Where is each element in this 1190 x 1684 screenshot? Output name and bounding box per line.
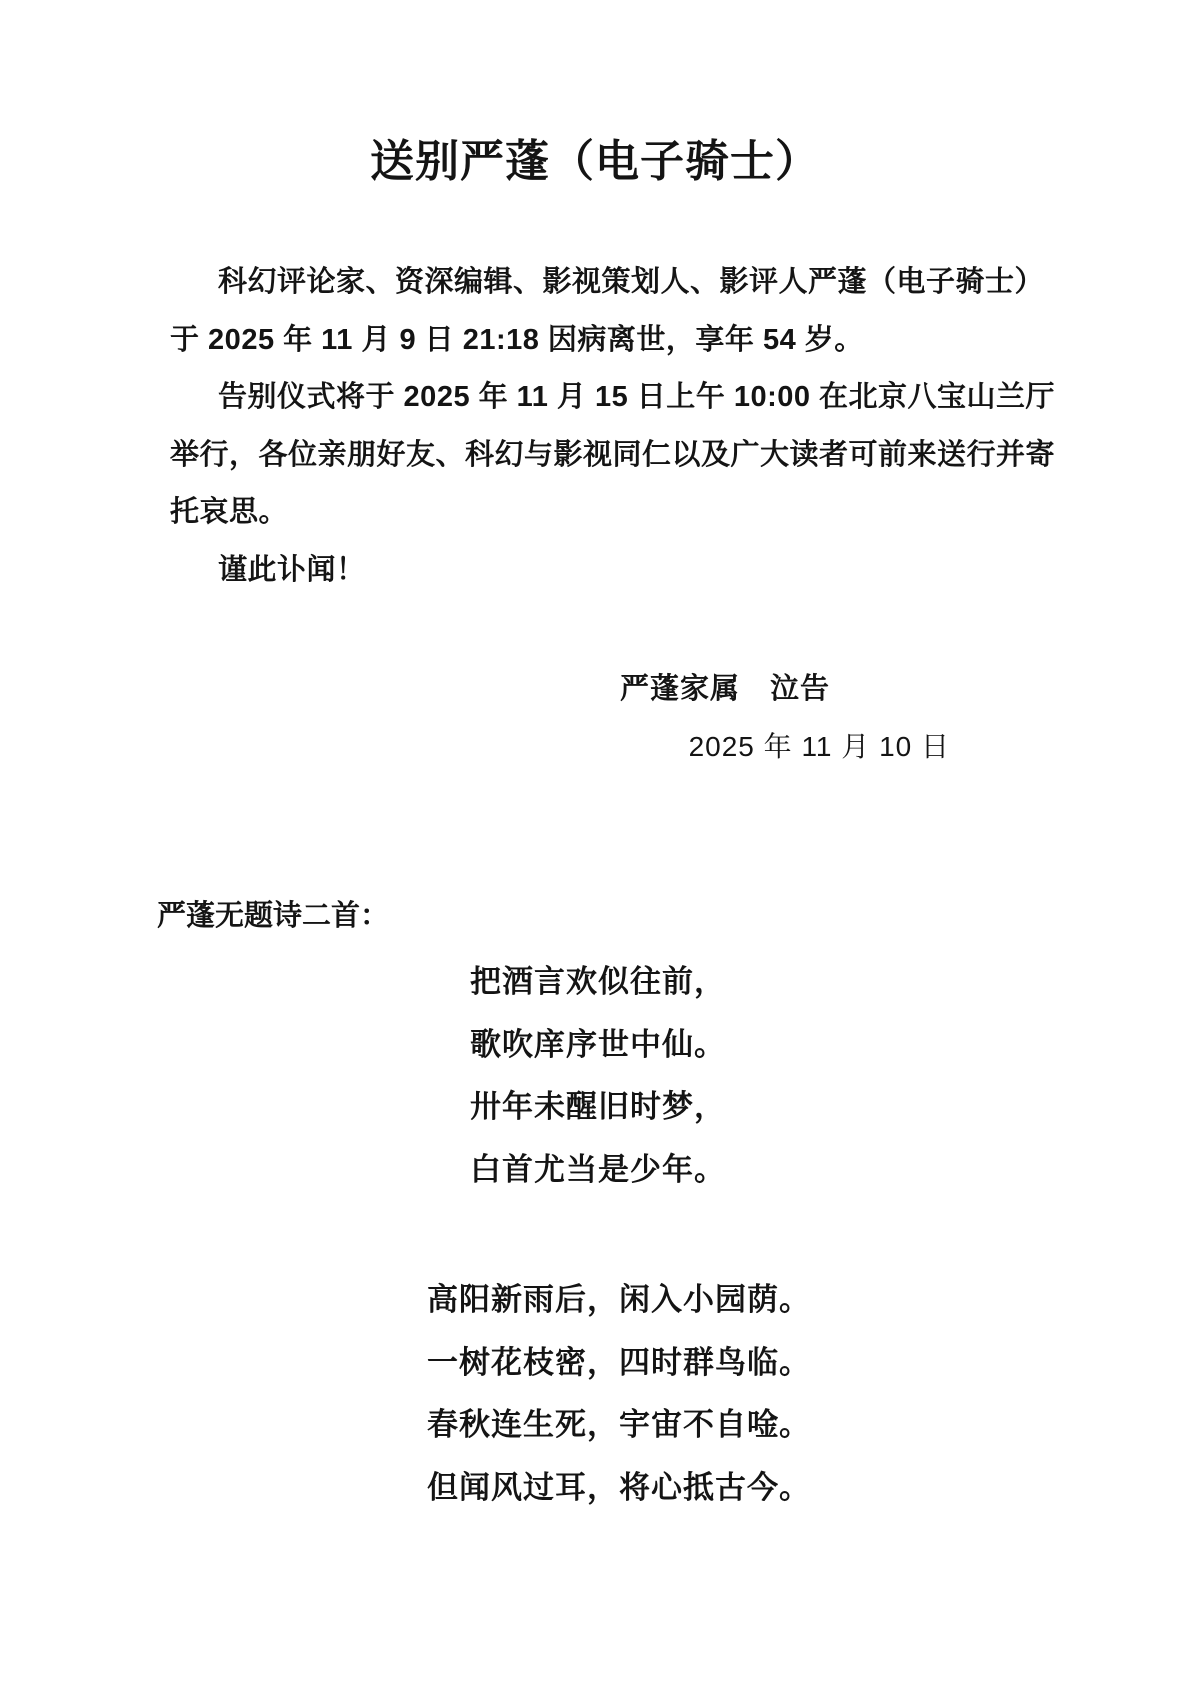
notice-line: 托哀思。: [170, 484, 1022, 542]
poem-line: 一树花枝密，四时群鸟临。: [427, 1332, 1190, 1395]
poem-second: 高阳新雨后，闲入小园荫。 一树花枝密，四时群鸟临。 春秋连生死，宇宙不自唫。 但…: [0, 1269, 1190, 1519]
notice-date: 2025 年 11 月 10 日: [0, 718, 1190, 776]
poem-line: 卅年未醒旧时梦，: [470, 1076, 1190, 1139]
notice-closing-line: 谨此讣闻！: [170, 542, 1022, 600]
obituary-document: 送别严蓬（电子骑士） 科幻评论家、资深编辑、影视策划人、影评人严蓬（电子骑士） …: [0, 0, 1190, 1684]
poems-header: 严蓬无题诗二首：: [0, 888, 1190, 945]
page-title: 送别严蓬（电子骑士）: [0, 0, 1190, 194]
poem-line: 春秋连生死，宇宙不自唫。: [427, 1394, 1190, 1457]
poem-line: 歌吹庠序世中仙。: [470, 1014, 1190, 1077]
poem-line: 高阳新雨后，闲入小园荫。: [427, 1269, 1190, 1332]
notice-line: 科幻评论家、资深编辑、影视策划人、影评人严蓬（电子骑士）: [170, 254, 1022, 312]
poem-line: 把酒言欢似往前，: [470, 951, 1190, 1014]
poem-line: 白首尤当是少年。: [470, 1139, 1190, 1202]
notice-line: 举行，各位亲朋好友、科幻与影视同仁以及广大读者可前来送行并寄: [170, 427, 1022, 485]
poem-line: 但闻风过耳，将心抵古今。: [427, 1457, 1190, 1520]
poem-first: 把酒言欢似往前， 歌吹庠序世中仙。 卅年未醒旧时梦， 白首尤当是少年。: [0, 951, 1190, 1201]
family-signature: 严蓬家属 泣告: [0, 661, 1190, 718]
notice-line: 告别仪式将于 2025 年 11 月 15 日上午 10:00 在北京八宝山兰厅: [170, 369, 1022, 427]
notice-line: 于 2025 年 11 月 9 日 21:18 因病离世，享年 54 岁。: [170, 312, 1022, 370]
notice-body: 科幻评论家、资深编辑、影视策划人、影评人严蓬（电子骑士） 于 2025 年 11…: [0, 254, 1190, 599]
